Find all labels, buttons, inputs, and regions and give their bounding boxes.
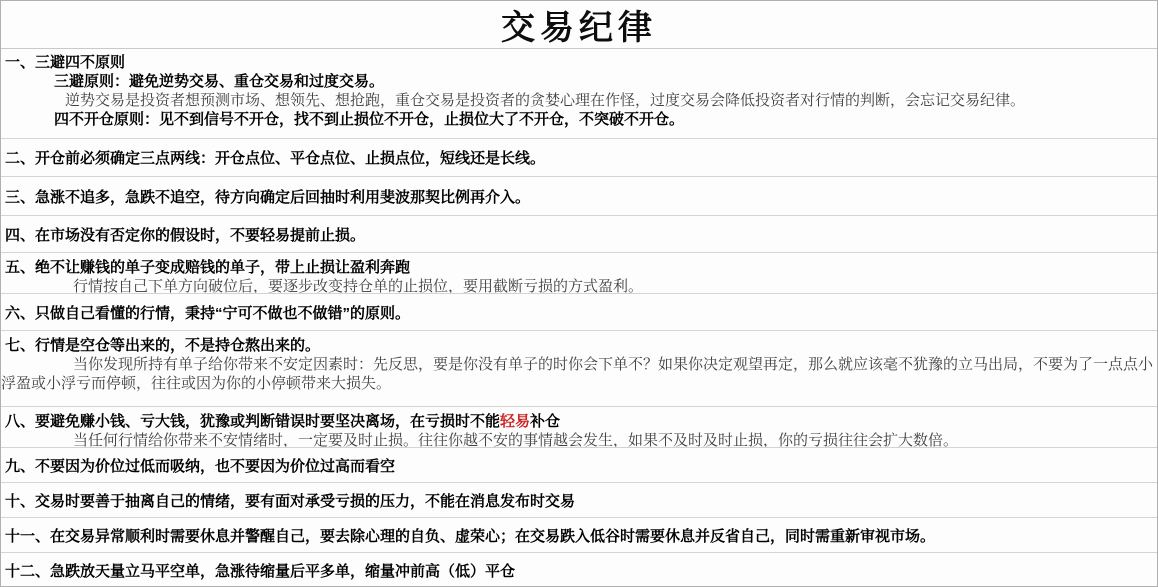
section-row-12: 十二、急跌放天量立马平空单，急涨待缩量后平多单，缩量冲前高（低）平仓 <box>1 553 1157 587</box>
text-line: 四不开仓原则：见不到信号不开仓，找不到止损位不开仓，止损位大了不开仓，不突破不开… <box>1 110 1157 129</box>
section-row-1: 一、三避四不原则三避原则：避免逆势交易、重仓交易和过度交易。逆势交易是投资者想预… <box>1 49 1157 139</box>
section-row-6: 六、只做自己看懂的行情，秉持“宁可不做也不做错”的原则。 <box>1 294 1157 331</box>
text-line: 九、不要因为价位过低而吸纳，也不要因为价位过高而看空 <box>1 457 1157 476</box>
text-line: 行情按自己下单方向破位后，要逐步改变持仓单的止损位，要用截断亏损的方式盈利。 <box>1 277 1157 294</box>
text-segment: 补仓 <box>530 413 560 430</box>
text-segment: 八、要避免赚小钱、亏大钱，犹豫或判断错误时要坚决离场，在亏损时不能 <box>5 413 500 430</box>
section-row-8: 八、要避免赚小钱、亏大钱，犹豫或判断错误时要坚决离场，在亏损时不能轻易补仓当任何… <box>1 407 1157 448</box>
text-line: 八、要避免赚小钱、亏大钱，犹豫或判断错误时要坚决离场，在亏损时不能轻易补仓 <box>1 412 1157 431</box>
text-line: 十、交易时要善于抽离自己的情绪，要有面对承受亏损的压力，不能在消息发布时交易 <box>1 492 1157 511</box>
section-row-5: 五、绝不让赚钱的单子变成赔钱的单子，带上止损让盈利奔跑行情按自己下单方向破位后，… <box>1 253 1157 294</box>
section-row-9: 九、不要因为价位过低而吸纳，也不要因为价位过高而看空 <box>1 448 1157 483</box>
section-row-11: 十一、在交易异常顺利时需要休息并警醒自己，要去除心理的自负、虚荣心；在交易跌入低… <box>1 518 1157 553</box>
text-line: 三避原则：避免逆势交易、重仓交易和过度交易。 <box>1 72 1157 91</box>
section-row-10: 十、交易时要善于抽离自己的情绪，要有面对承受亏损的压力，不能在消息发布时交易 <box>1 483 1157 518</box>
text-line: 当你发现所持有单子给你带来不安定因素时：先反思，要是你没有单子的时你会下单不？如… <box>1 355 1157 393</box>
text-line: 十二、急跌放天量立马平空单，急涨待缩量后平多单，缩量冲前高（低）平仓 <box>1 562 1157 581</box>
text-line: 五、绝不让赚钱的单子变成赔钱的单子，带上止损让盈利奔跑 <box>1 258 1157 277</box>
section-row-3: 三、急涨不追多，急跌不追空，待方向确定后回抽时利用斐波那契比例再介入。 <box>1 177 1157 216</box>
document-body: 一、三避四不原则三避原则：避免逆势交易、重仓交易和过度交易。逆势交易是投资者想预… <box>1 49 1157 587</box>
text-line: 十一、在交易异常顺利时需要休息并警醒自己，要去除心理的自负、虚荣心；在交易跌入低… <box>1 527 1157 546</box>
page-title: 交易纪律 <box>501 0 657 49</box>
trading-discipline-document: 交易纪律 一、三避四不原则三避原则：避免逆势交易、重仓交易和过度交易。逆势交易是… <box>0 0 1158 587</box>
section-row-7: 七、行情是空仓等出来的，不是持仓熬出来的。当你发现所持有单子给你带来不安定因素时… <box>1 331 1157 407</box>
text-line: 二、开仓前必须确定三点两线：开仓点位、平仓点位、止损点位，短线还是长线。 <box>1 149 1157 168</box>
text-line: 一、三避四不原则 <box>1 53 1157 72</box>
section-row-4: 四、在市场没有否定你的假设时，不要轻易提前止损。 <box>1 216 1157 253</box>
text-line: 逆势交易是投资者想预测市场、想领先、想抢跑，重仓交易是投资者的贪婪心理在作怪，过… <box>1 91 1157 110</box>
text-line: 六、只做自己看懂的行情，秉持“宁可不做也不做错”的原则。 <box>1 304 1157 323</box>
text-line: 七、行情是空仓等出来的，不是持仓熬出来的。 <box>1 336 1157 355</box>
title-row: 交易纪律 <box>1 1 1157 49</box>
section-row-2: 二、开仓前必须确定三点两线：开仓点位、平仓点位、止损点位，短线还是长线。 <box>1 139 1157 177</box>
text-line: 三、急涨不追多，急跌不追空，待方向确定后回抽时利用斐波那契比例再介入。 <box>1 188 1157 207</box>
text-line: 当任何行情给你带来不安情绪时，一定要及时止损。往往你越不安的事情越会发生，如果不… <box>1 431 1157 448</box>
red-emphasis-text: 轻易 <box>500 413 530 430</box>
text-line: 四、在市场没有否定你的假设时，不要轻易提前止损。 <box>1 226 1157 245</box>
